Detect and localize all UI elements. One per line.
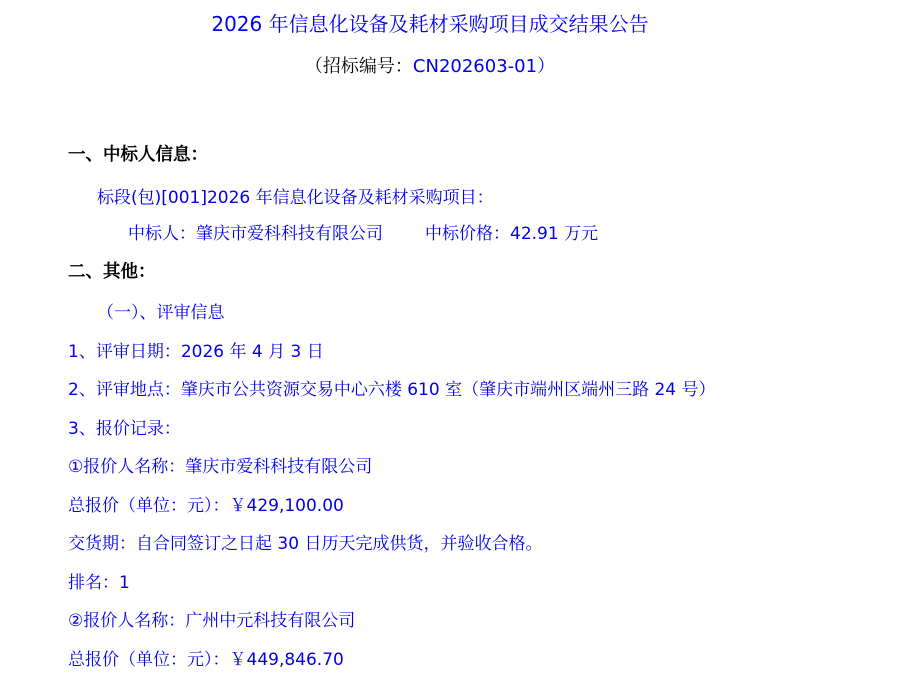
bidder1-total-line: 总报价（单位：元）：￥429,100.00 — [68, 495, 344, 517]
bidder1-delivery-line: 交货期：自合同签订之日起 30 日历天完成供货，并验收合格。 — [68, 533, 542, 555]
bidder2-name-line: ②报价人名称：广州中元科技有限公司 — [68, 610, 355, 632]
tender-number-line: （招标编号：CN202603-01） — [0, 56, 860, 78]
winner-name: 中标人：肇庆市爱科科技有限公司 — [128, 224, 383, 244]
quote-record-line: 3、报价记录： — [68, 418, 181, 440]
review-info-subheading: （一）、评审信息 — [97, 302, 225, 324]
bidder1-name-line: ①报价人名称：肇庆市爱科科技有限公司 — [68, 456, 372, 478]
tender-number-prefix: （招标编号： — [305, 56, 413, 77]
review-location-line: 2、评审地点：肇庆市公共资源交易中心六楼 610 室（肇庆市端州区端州三路 24… — [68, 379, 716, 401]
section1-heading: 一、中标人信息： — [68, 144, 208, 166]
tender-number-code: CN202603-01） — [413, 56, 555, 77]
bidder2-total-line: 总报价（单位：元）：￥449,846.70 — [68, 649, 344, 671]
page-title: 2026 年信息化设备及耗材采购项目成交结果公告 — [0, 13, 860, 35]
section2-heading: 二、其他： — [68, 261, 156, 283]
announcement-document: 2026 年信息化设备及耗材采购项目成交结果公告 （招标编号：CN202603-… — [0, 0, 899, 681]
winner-price: 中标价格：42.91 万元 — [425, 224, 598, 244]
bidder1-rank-line: 排名：1 — [68, 572, 130, 594]
winner-line: 中标人：肇庆市爱科科技有限公司中标价格：42.91 万元 — [128, 223, 598, 245]
lot-line: 标段(包)[001]2026 年信息化设备及耗材采购项目： — [97, 187, 494, 209]
review-date-line: 1、评审日期：2026 年 4 月 3 日 — [68, 341, 324, 363]
